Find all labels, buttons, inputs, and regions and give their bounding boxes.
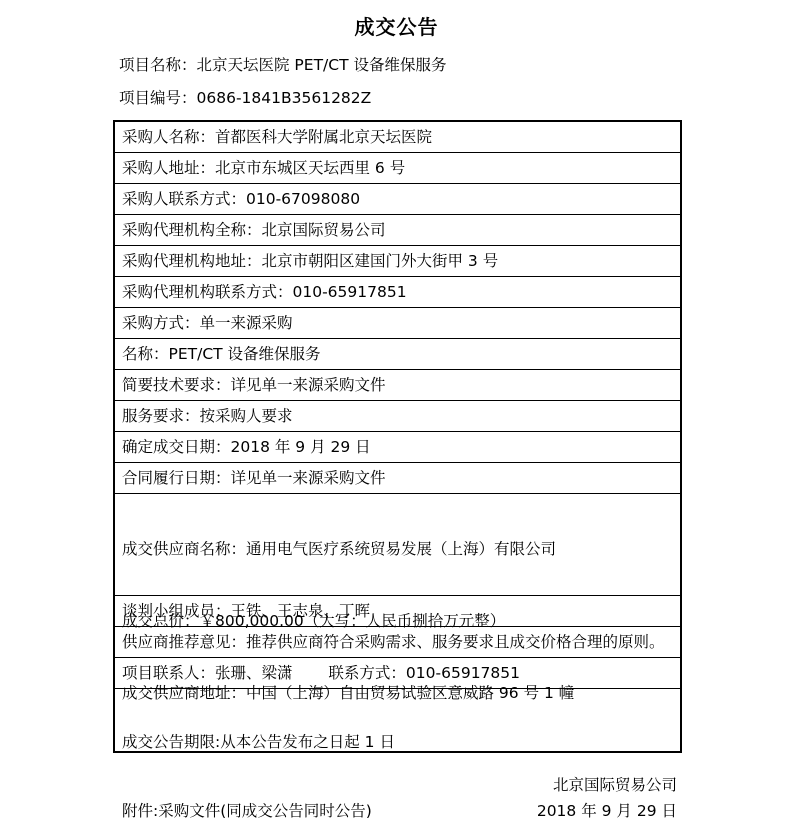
table-row-award-date: 确定成交日期：2018 年 9 月 29 日 bbox=[115, 432, 680, 463]
table-cell-text: 采购人地址：北京市东城区天坛西里 6 号 bbox=[122, 159, 405, 178]
table-row-agency-contact: 采购代理机构联系方式：010-65917851 bbox=[115, 277, 680, 308]
table-row-supplier-info: 成交供应商名称：通用电气医疗系统贸易发展（上海）有限公司 成交总价：￥800,0… bbox=[115, 494, 680, 596]
table-cell-text: 服务要求：按采购人要求 bbox=[122, 407, 293, 426]
table-row-service-requirements: 服务要求：按采购人要求 bbox=[115, 401, 680, 432]
announcement-document: 成交公告 项目名称：北京天坛医院 PET/CT 设备维保服务 项目编号：0686… bbox=[0, 0, 793, 834]
table-cell-text: 谈判小组成员：王铁、王志泉、丁晖 bbox=[122, 602, 370, 621]
table-row-buyer-contact: 采购人联系方式：010-67098080 bbox=[115, 184, 680, 215]
table-cell-text: 采购人联系方式：010-67098080 bbox=[122, 190, 360, 209]
table-row-procurement-method: 采购方式：单一来源采购 bbox=[115, 308, 680, 339]
table-row-item-name: 名称：PET/CT 设备维保服务 bbox=[115, 339, 680, 370]
table-row-buyer-name: 采购人名称：首都医科大学附属北京天坛医院 bbox=[115, 122, 680, 153]
table-cell-text: 采购代理机构联系方式：010-65917851 bbox=[122, 283, 407, 302]
table-row-recommendation-opinion: 供应商推荐意见：推荐供应商符合采购需求、服务要求且成交价格合理的原则。 bbox=[115, 627, 680, 658]
table-row-agency-address: 采购代理机构地址：北京市朝阳区建国门外大街甲 3 号 bbox=[115, 246, 680, 277]
table-row-agency-name: 采购代理机构全称：北京国际贸易公司 bbox=[115, 215, 680, 246]
table-cell-text: 确定成交日期：2018 年 9 月 29 日 bbox=[122, 438, 371, 457]
project-name-line: 项目名称：北京天坛医院 PET/CT 设备维保服务 bbox=[0, 56, 793, 74]
table-row-technical-requirements: 简要技术要求：详见单一来源采购文件 bbox=[115, 370, 680, 401]
table-cell-text: 项目联系人：张珊、梁潇 联系方式：010-65917851 bbox=[122, 664, 520, 683]
table-cell-text: 采购代理机构全称：北京国际贸易公司 bbox=[122, 221, 386, 240]
table-row-buyer-address: 采购人地址：北京市东城区天坛西里 6 号 bbox=[115, 153, 680, 184]
footer-organization: 北京国际贸易公司 bbox=[0, 772, 677, 798]
document-title: 成交公告 bbox=[0, 0, 793, 39]
announcement-table: 采购人名称：首都医科大学附属北京天坛医院 采购人地址：北京市东城区天坛西里 6 … bbox=[113, 120, 682, 753]
table-cell-text: 采购代理机构地址：北京市朝阳区建国门外大街甲 3 号 bbox=[122, 252, 498, 271]
table-cell-text: 名称：PET/CT 设备维保服务 bbox=[122, 345, 321, 364]
supplier-name-line: 成交供应商名称：通用电气医疗系统贸易发展（上海）有限公司 bbox=[122, 532, 674, 566]
table-cell-text: 采购人名称：首都医科大学附属北京天坛医院 bbox=[122, 128, 432, 147]
table-cell-text: 采购方式：单一来源采购 bbox=[122, 314, 293, 333]
announcement-period-line: 成交公告期限:从本公告发布之日起 1 日 bbox=[122, 727, 674, 758]
table-row-contract-performance-date: 合同履行日期：详见单一来源采购文件 bbox=[115, 463, 680, 494]
table-cell-text: 合同履行日期：详见单一来源采购文件 bbox=[122, 469, 386, 488]
project-number-line: 项目编号：0686-1841B3561282Z bbox=[0, 89, 793, 107]
table-cell-text: 简要技术要求：详见单一来源采购文件 bbox=[122, 376, 386, 395]
table-cell-text: 供应商推荐意见：推荐供应商符合采购需求、服务要求且成交价格合理的原则。 bbox=[122, 633, 665, 652]
signature-block: 北京国际贸易公司 2018 年 9 月 29 日 bbox=[0, 772, 793, 824]
